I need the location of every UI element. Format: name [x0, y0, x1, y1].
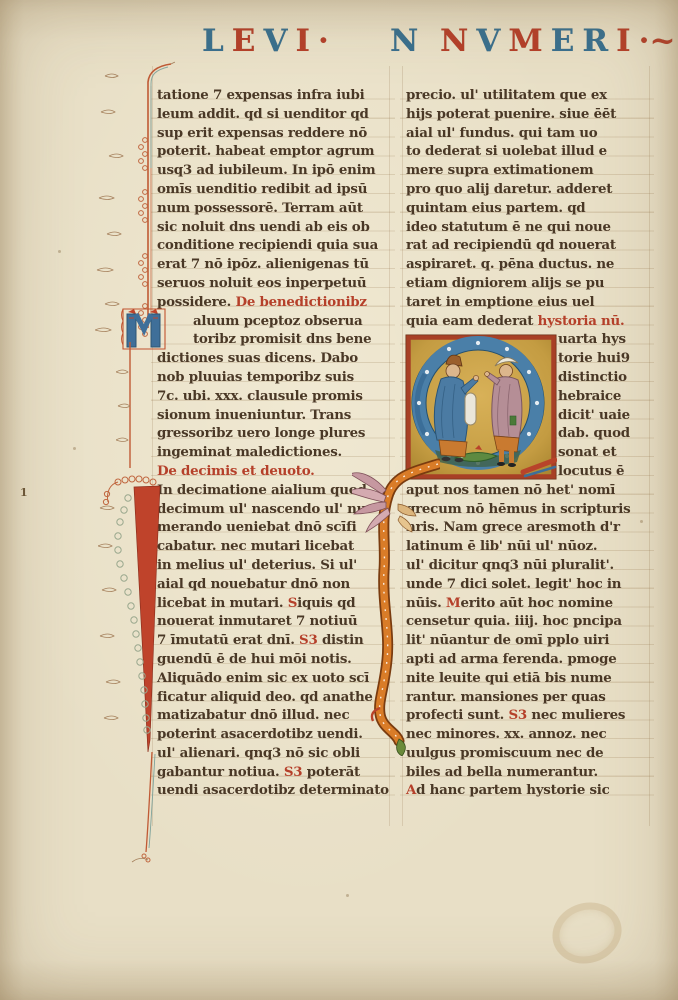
text-segment: S3 [299, 632, 318, 648]
text-line: licebat in mutari. Siquis qd [157, 594, 387, 613]
text-segment: A [406, 782, 416, 798]
running-title-letter: N [386, 24, 422, 58]
text-line: grecum nō hēmus in scripturis [406, 500, 646, 519]
text-segment: ficatur aliquid deo. qd anathe [157, 689, 373, 705]
text-line: dictiones suas dicens. Dabo [157, 349, 387, 368]
column-ruling [389, 66, 390, 826]
text-line: decimum ul' nascendo ul' nu [157, 500, 387, 519]
text-line: to dederat si uolebat illud e [406, 142, 646, 161]
text-line: censetur quia. iiij. hoc pncipa [406, 612, 646, 631]
text-segment: in melius ul' deterius. Si ul' [157, 557, 357, 573]
text-segment: nite leuite qui etiā bis nume [406, 670, 612, 686]
text-line: etiam digniorem alijs se pu [406, 274, 646, 293]
text-segment: grecum nō hēmus in scripturis [406, 501, 630, 517]
text-segment: nec mulieres [527, 707, 625, 723]
text-line: ul' dicitur qnq3 nūi pluralit'. [406, 556, 646, 575]
text-line: aput nos tamen nō het' nomī [406, 481, 646, 500]
text-segment: dictiones suas dicens. Dabo [157, 350, 358, 366]
running-title-letter: R [578, 24, 612, 58]
text-line: nris. Nam grece aresmoth d'r [406, 518, 646, 537]
text-segment: quia eam dederat [406, 313, 538, 329]
text-line: uarta hys [406, 330, 646, 349]
text-segment: nouerat inmutaret 7 notiuū [157, 613, 357, 629]
column-ruling [649, 66, 650, 826]
text-line: torie hui9 [406, 349, 646, 368]
text-segment: De benedictionibz [236, 294, 367, 310]
running-title-center: N [386, 24, 422, 58]
text-segment: S3 [509, 707, 528, 723]
text-segment: to dederat si uolebat illud e [406, 143, 607, 159]
text-segment: sup erit expensas reddere nō [157, 125, 367, 141]
text-segment: num possessorē. Terram aūt [157, 200, 363, 216]
running-title-letter: E [547, 24, 579, 58]
text-segment: 7c. ubi. xxx. clausule promis [157, 388, 363, 404]
text-line: nite leuite qui etiā bis nume [406, 669, 646, 688]
text-segment: nūis. [406, 595, 446, 611]
text-line: toribz promisit dns bene [157, 330, 387, 349]
text-segment: d hanc partem hystorie sic [416, 782, 609, 798]
text-line: locutus ē [406, 462, 646, 481]
text-segment: locutus ē [558, 463, 624, 479]
text-line: precio. ul' utilitatem que ex [406, 86, 646, 105]
text-segment: rantur. mansiones per quas [406, 689, 606, 705]
text-line: taret in emptione eius uel [406, 293, 646, 312]
text-segment: taret in emptione eius uel [406, 294, 594, 310]
text-segment: erat 7 nō ipōz. alienigenas tū [157, 256, 369, 272]
text-segment: sionum inueniuntur. Trans [157, 407, 351, 423]
text-line: poterit. habeat emptor agrum [157, 142, 387, 161]
text-segment: leum addit. qd si uenditor qd [157, 106, 369, 122]
text-segment: uendi asacerdotibz determinato [157, 782, 389, 798]
text-line: uendi asacerdotibz determinato [157, 781, 387, 800]
text-line: dab. quod [406, 424, 646, 443]
text-line: biles ad bella numerantur. [406, 763, 646, 782]
text-line: nob pluuias temporibz suis [157, 368, 387, 387]
text-segment: conditione recipiendi quia sua [157, 237, 378, 253]
text-segment: sonat et [558, 444, 616, 460]
text-line: leum addit. qd si uenditor qd [157, 105, 387, 124]
text-line: conditione recipiendi quia sua [157, 236, 387, 255]
text-line: cabatur. nec mutari licebat [157, 537, 387, 556]
text-line: aspiraret. q. pēna ductus. ne [406, 255, 646, 274]
text-line: lit' nūantur de omī pplo uiri [406, 631, 646, 650]
text-segment: aial ul' fundus. qui tam uo [406, 125, 597, 141]
text-line: aial qd nouebatur dnō non [157, 575, 387, 594]
text-segment: De decimis et deuoto. [157, 463, 315, 479]
text-column-right: precio. ul' utilitatem que exhijs potera… [406, 86, 646, 800]
speck [58, 250, 61, 253]
text-segment: gabantur notiua. [157, 764, 284, 780]
text-line: usq3 ad iubileum. In ipō enim [157, 161, 387, 180]
text-line: 7c. ubi. xxx. clausule promis [157, 387, 387, 406]
text-line: rantur. mansiones per quas [406, 688, 646, 707]
text-line: in melius ul' deterius. Si ul' [157, 556, 387, 575]
text-segment: pro quo alij daretur. adderet [406, 181, 612, 197]
text-line: guendū ē de hui mōi notis. [157, 650, 387, 669]
text-line: mere supra extimationem [406, 161, 646, 180]
column-ruling [152, 66, 153, 826]
running-title-letter: · [314, 24, 333, 58]
text-line: 7 īmutatū erat dnī. S3 distin [157, 631, 387, 650]
text-segment: mere supra extimationem [406, 162, 593, 178]
margin-penwork-mid [116, 338, 152, 474]
text-segment: hijs poterat puenire. siue ēēt [406, 106, 616, 122]
text-line: distinctio [406, 368, 646, 387]
text-segment: dicit' uaie [558, 407, 630, 423]
text-segment: gressoribz uero longe plures [157, 425, 365, 441]
text-line: tatione 7 expensas infra iubi [157, 86, 387, 105]
text-segment: tatione 7 expensas infra iubi [157, 87, 365, 103]
text-segment: poterāt [302, 764, 360, 780]
text-segment: etiam digniorem alijs se pu [406, 275, 604, 291]
text-line: matizabatur dnō illud. nec [157, 706, 387, 725]
text-segment: ul' alienari. qnq3 nō sic obli [157, 745, 360, 761]
text-line: omīs uenditio redibit ad ipsū [157, 180, 387, 199]
text-segment: ideo statutum ē ne qui noue [406, 219, 611, 235]
text-segment: precio. ul' utilitatem que ex [406, 87, 607, 103]
text-segment: uulgus promiscuum nec de [406, 745, 603, 761]
text-segment: nob pluuias temporibz suis [157, 369, 354, 385]
text-line: dicit' uaie [406, 406, 646, 425]
text-segment: guendū ē de hui mōi notis. [157, 651, 352, 667]
text-segment: erito aūt hoc nomine [461, 595, 613, 611]
running-title-letter: V [472, 24, 504, 58]
running-title-letter: V [259, 24, 291, 58]
text-line: possidere. De benedictionibz [157, 293, 387, 312]
text-line: sionum inueniuntur. Trans [157, 406, 387, 425]
text-segment: possidere. [157, 294, 236, 310]
text-line: In decimatione aialium quod [157, 481, 387, 500]
text-segment: lit' nūantur de omī pplo uiri [406, 632, 609, 648]
text-column-left: tatione 7 expensas infra iubileum addit.… [157, 86, 387, 800]
text-line: ingeminat maledictiones. [157, 443, 387, 462]
running-title-left: LEVI· [198, 24, 333, 58]
text-segment: aial qd nouebatur dnō non [157, 576, 350, 592]
text-line: aial ul' fundus. qui tam uo [406, 124, 646, 143]
text-segment: quintam eius partem. qd [406, 200, 585, 216]
text-line: uulgus promiscuum nec de [406, 744, 646, 763]
running-title-letter: I [612, 24, 635, 58]
text-segment: nris. Nam grece aresmoth d'r [406, 519, 620, 535]
text-line: hebraice [406, 387, 646, 406]
text-line: De decimis et deuoto. [157, 462, 387, 481]
text-segment: poterit. habeat emptor agrum [157, 143, 374, 159]
text-segment: nec minores. xx. annoz. nec [406, 726, 606, 742]
text-line: quintam eius partem. qd [406, 199, 646, 218]
text-line: profecti sunt. S3 nec mulieres [406, 706, 646, 725]
text-line: latinum ē lib' nūi ul' nūoz. [406, 537, 646, 556]
text-segment: 7 īmutatū erat dnī. [157, 632, 299, 648]
speck [346, 894, 349, 897]
text-segment: iquis qd [297, 595, 355, 611]
text-line: sic noluit dns uendi ab eis ob [157, 218, 387, 237]
text-segment: unde 7 dici solet. legit' hoc in [406, 576, 621, 592]
text-line: ideo statutum ē ne qui noue [406, 218, 646, 237]
text-segment: sic noluit dns uendi ab eis ob [157, 219, 370, 235]
text-segment: censetur quia. iiij. hoc pncipa [406, 613, 622, 629]
text-segment: aspiraret. q. pēna ductus. ne [406, 256, 614, 272]
text-segment: decimum ul' nascendo ul' nu [157, 501, 366, 517]
text-segment: torie hui9 [558, 350, 630, 366]
text-segment: dab. quod [558, 425, 630, 441]
text-segment: aluum pceptoz obserua [193, 313, 362, 329]
text-line: quia eam dederat hystoria nū. [406, 312, 646, 331]
running-title-letter: ·~ [635, 24, 678, 58]
margin-mark: 1 [20, 486, 28, 499]
running-title-letter: N [436, 24, 472, 58]
text-segment: aput nos tamen nō het' nomī [406, 482, 615, 498]
text-line: sup erit expensas reddere nō [157, 124, 387, 143]
running-title-letter: I [292, 24, 315, 58]
text-line: hijs poterat puenire. siue ēēt [406, 105, 646, 124]
text-segment: profecti sunt. [406, 707, 509, 723]
stain-mark [544, 894, 629, 973]
text-line: nouerat inmutaret 7 notiuū [157, 612, 387, 631]
text-line: poterint asacerdotibz uendi. [157, 725, 387, 744]
text-segment: distinctio [558, 369, 627, 385]
text-segment: latinum ē lib' nūi ul' nūoz. [406, 538, 597, 554]
text-segment: cabatur. nec mutari licebat [157, 538, 354, 554]
text-segment: S3 [284, 764, 303, 780]
text-line: ul' alienari. qnq3 nō sic obli [157, 744, 387, 763]
text-line: aluum pceptoz obserua [157, 312, 387, 331]
text-segment: ul' dicitur qnq3 nūi pluralit'. [406, 557, 614, 573]
speck [73, 447, 76, 450]
text-segment: usq3 ad iubileum. In ipō enim [157, 162, 375, 178]
speck [640, 520, 643, 523]
text-segment: merando ueniebat dnō scīfi [157, 519, 356, 535]
text-line: num possessorē. Terram aūt [157, 199, 387, 218]
text-segment: S [288, 595, 297, 611]
text-line: Ad hanc partem hystorie sic [406, 781, 646, 800]
text-line: Aliquādo enim sic ex uoto scī [157, 669, 387, 688]
text-segment: poterint asacerdotibz uendi. [157, 726, 363, 742]
text-segment: hebraice [558, 388, 621, 404]
text-line: ficatur aliquid deo. qd anathe [157, 688, 387, 707]
text-line: nec minores. xx. annoz. nec [406, 725, 646, 744]
text-line: erat 7 nō ipōz. alienigenas tū [157, 255, 387, 274]
running-title-letter: E [228, 24, 260, 58]
text-segment: uarta hys [558, 331, 626, 347]
text-segment: omīs uenditio redibit ad ipsū [157, 181, 367, 197]
text-segment: M [446, 595, 461, 611]
text-line: nūis. Merito aūt hoc nomine [406, 594, 646, 613]
text-segment: In decimatione aialium quod [157, 482, 367, 498]
text-line: pro quo alij daretur. adderet [406, 180, 646, 199]
text-line: unde 7 dici solet. legit' hoc in [406, 575, 646, 594]
running-title-right: NVMERI·~ [436, 24, 678, 58]
text-line: gressoribz uero longe plures [157, 424, 387, 443]
text-segment: Aliquādo enim sic ex uoto scī [157, 670, 369, 686]
text-segment: licebat in mutari. [157, 595, 288, 611]
text-segment: hystoria nū. [538, 313, 625, 329]
text-segment: rat ad recipiendū qd nouerat [406, 237, 616, 253]
column-ruling [402, 66, 403, 826]
text-line: sonat et [406, 443, 646, 462]
text-segment: toribz promisit dns bene [193, 331, 371, 347]
text-segment: ingeminat maledictiones. [157, 444, 342, 460]
text-segment: biles ad bella numerantur. [406, 764, 598, 780]
text-segment: seruos noluit eos inperpetuū [157, 275, 366, 291]
text-segment: matizabatur dnō illud. nec [157, 707, 349, 723]
text-line: rat ad recipiendū qd nouerat [406, 236, 646, 255]
running-title-letter: M [504, 24, 546, 58]
dragon-head-leaf [397, 739, 406, 756]
text-line: gabantur notiua. S3 poterāt [157, 763, 387, 782]
manuscript-page: LEVI· N NVMERI·~ tatione 7 expensas infr… [0, 0, 678, 1000]
text-segment: apti ad arma ferenda. pmoge [406, 651, 616, 667]
running-title-letter: L [198, 24, 228, 58]
text-segment: distin [318, 632, 364, 648]
text-line: apti ad arma ferenda. pmoge [406, 650, 646, 669]
text-line: merando ueniebat dnō scīfi [157, 518, 387, 537]
text-line: seruos noluit eos inperpetuū [157, 274, 387, 293]
